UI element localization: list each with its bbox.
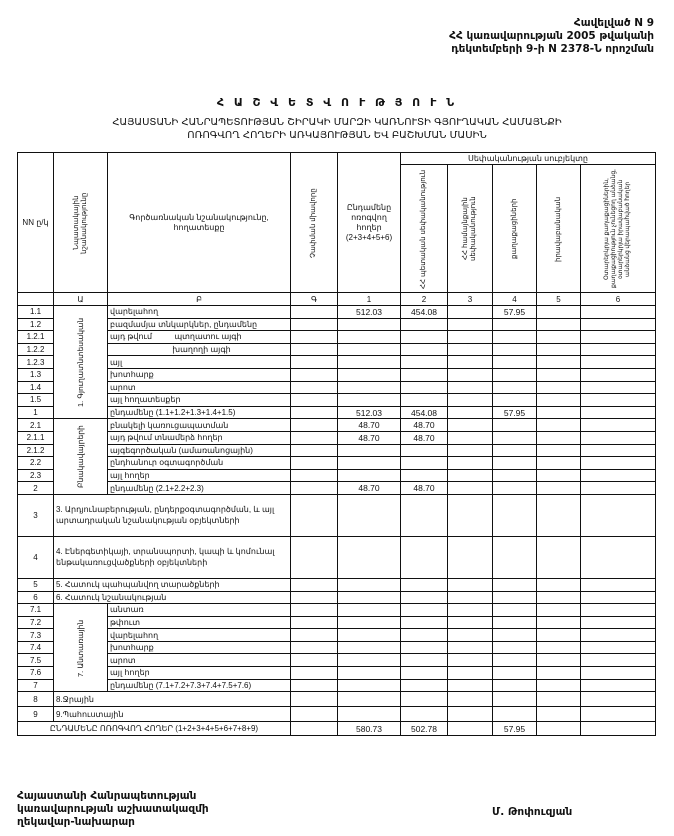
cell-c5 <box>537 381 581 394</box>
cell-c3 <box>448 343 493 356</box>
cell-unit <box>291 381 338 394</box>
row-number: 7 <box>18 679 54 692</box>
cell-c3 <box>448 692 493 707</box>
cell-c2 <box>401 469 448 482</box>
cell-unit <box>291 356 338 369</box>
cell-c3 <box>448 536 493 578</box>
index-cell: Ա <box>54 293 108 306</box>
cell-c2 <box>401 591 448 604</box>
cell-unit <box>291 604 338 617</box>
cell-c5 <box>537 318 581 331</box>
row-description: այլ հողեր <box>108 469 291 482</box>
table-row: 2.2ընդհանուր օգտագործման <box>18 457 656 470</box>
cell-total: 48.70 <box>338 419 401 432</box>
row-description: խոտհարք <box>108 641 291 654</box>
cell-c6 <box>581 431 656 444</box>
row-number: 7.3 <box>18 629 54 642</box>
cell-c5 <box>537 722 581 736</box>
row-description: 4. Էներգետիկայի, տրանսպորտի, կապի և կոմո… <box>54 536 291 578</box>
cell-c4 <box>493 444 537 457</box>
header-ownership-group: Սեփականության սուբյեկտը <box>401 153 656 165</box>
cell-c2 <box>401 604 448 617</box>
row-description: այդ թվում պտղատու այգի <box>108 331 291 344</box>
row-description: այլ հողատեսքեր <box>108 394 291 407</box>
cell-c6 <box>581 419 656 432</box>
row-number: 1.2.1 <box>18 331 54 344</box>
table-row: 44. Էներգետիկայի, տրանսպորտի, կապի և կոմ… <box>18 536 656 578</box>
cell-c3 <box>448 616 493 629</box>
cell-c4 <box>493 394 537 407</box>
row-number: 2.2 <box>18 457 54 470</box>
table-row: 1.11. Գյուղատնտեսականվարելահող512.03454.… <box>18 306 656 319</box>
table-row: 2.1.2այգեգործական (ամառանոցային) <box>18 444 656 457</box>
cell-c6 <box>581 482 656 495</box>
cell-total <box>338 629 401 642</box>
header-citizens: քաղաքացիների <box>493 165 537 293</box>
cell-total <box>338 381 401 394</box>
cell-total <box>338 591 401 604</box>
cell-c4 <box>493 604 537 617</box>
cell-c4: 57.95 <box>493 406 537 419</box>
cell-c3 <box>448 431 493 444</box>
row-description: վարելահող <box>108 306 291 319</box>
row-description: բնակելի կառուցապատման <box>108 419 291 432</box>
cell-c4 <box>493 692 537 707</box>
cell-unit <box>291 406 338 419</box>
cell-c2 <box>401 629 448 642</box>
cell-c3 <box>448 356 493 369</box>
index-cell: 5 <box>537 293 581 306</box>
cell-unit <box>291 394 338 407</box>
cell-c3 <box>448 318 493 331</box>
cell-c4 <box>493 381 537 394</box>
cell-c5 <box>537 679 581 692</box>
table-row: 55. Հատուկ պահպանվող տարածքների <box>18 578 656 591</box>
table-row: 66. Հատուկ նշանակության <box>18 591 656 604</box>
row-number: 7.2 <box>18 616 54 629</box>
cell-total <box>338 394 401 407</box>
cell-unit <box>291 419 338 432</box>
cell-total: 48.70 <box>338 482 401 495</box>
cell-c4 <box>493 469 537 482</box>
row-number: 1.5 <box>18 394 54 407</box>
annex-decree-date: դեկտեմբերի 9-ի N 2378-Ն որոշման <box>394 43 654 56</box>
row-description: անտառ <box>108 604 291 617</box>
cell-c6 <box>581 629 656 642</box>
table-row: 7.3վարելահող <box>18 629 656 642</box>
signatory-title: Հայաստանի Հանրապետության կառավարության ա… <box>17 790 209 829</box>
cell-unit <box>291 306 338 319</box>
subtitle-line-1: ՀԱՅԱՍՏԱՆԻ ՀԱՆՐԱՊԵՏՈՒԹՅԱՆ ՇԻՐԱԿԻ ՄԱՐԶԻ ԿԱ… <box>0 116 674 129</box>
table-row: 2.1Բնակավայրերիբնակելի կառուցապատման48.7… <box>18 419 656 432</box>
cell-total <box>338 457 401 470</box>
cell-c6 <box>581 494 656 536</box>
cell-unit <box>291 494 338 536</box>
index-cell: 4 <box>493 293 537 306</box>
cell-c4 <box>493 368 537 381</box>
index-cell: 3 <box>448 293 493 306</box>
cell-c2 <box>401 654 448 667</box>
table-row: 1ընդամենը (1.1+1.2+1.3+1.4+1.5)512.03454… <box>18 406 656 419</box>
cell-c2 <box>401 578 448 591</box>
cell-c5 <box>537 419 581 432</box>
cell-c3 <box>448 457 493 470</box>
cell-c6 <box>581 306 656 319</box>
subtitle-line-2: ՈՌՈԳՎՈՂ ՀՈՂԵՐԻ ԱՌԿԱՅՈՒԹՅԱՆ ԵՎ ԲԱՇԽՄԱՆ ՄԱ… <box>0 129 674 142</box>
header-legal-entities: իրավաբանական <box>537 165 581 293</box>
cell-unit <box>291 667 338 680</box>
cell-c2: 48.70 <box>401 482 448 495</box>
cell-total <box>338 604 401 617</box>
cell-c4 <box>493 591 537 604</box>
cell-c5 <box>537 331 581 344</box>
cell-c2 <box>401 536 448 578</box>
table-row: 1.3խոտհարք <box>18 368 656 381</box>
cell-total <box>338 679 401 692</box>
cell-c3 <box>448 722 493 736</box>
row-number: 7.6 <box>18 667 54 680</box>
cell-c3 <box>448 679 493 692</box>
cell-unit <box>291 629 338 642</box>
cell-c6 <box>581 394 656 407</box>
cell-c5 <box>537 368 581 381</box>
table-row: 1.4արոտ <box>18 381 656 394</box>
cell-c4: 57.95 <box>493 306 537 319</box>
cell-c2 <box>401 641 448 654</box>
table-row: 88.Ջրային <box>18 692 656 707</box>
cell-c4 <box>493 707 537 722</box>
cell-c3 <box>448 469 493 482</box>
table-row: 1.5այլ հողատեսքեր <box>18 394 656 407</box>
table-row: 7.4խոտհարք <box>18 641 656 654</box>
cell-total <box>338 444 401 457</box>
cell-unit <box>291 641 338 654</box>
cell-c5 <box>537 692 581 707</box>
cell-c3 <box>448 306 493 319</box>
cell-unit <box>291 536 338 578</box>
group-label: 1. Գյուղատնտեսական <box>54 306 108 419</box>
document-title: Հ Ա Շ Վ Ե Տ Վ Ո Ւ Թ Յ Ո Ւ Ն <box>0 96 674 109</box>
cell-total <box>338 318 401 331</box>
cell-c5 <box>537 641 581 654</box>
header-category: Նպատակային նշանակությունը <box>54 153 108 293</box>
cell-c6 <box>581 331 656 344</box>
cell-total: 512.03 <box>338 406 401 419</box>
cell-c2: 48.70 <box>401 419 448 432</box>
cell-total <box>338 536 401 578</box>
cell-c5 <box>537 616 581 629</box>
cell-c4 <box>493 494 537 536</box>
row-description: բազմամյա տնկարկներ, ընդամենը <box>108 318 291 331</box>
cell-c3 <box>448 494 493 536</box>
row-number: 1 <box>18 406 54 419</box>
cell-unit <box>291 368 338 381</box>
cell-c6 <box>581 604 656 617</box>
cell-c3 <box>448 444 493 457</box>
cell-c6 <box>581 356 656 369</box>
cell-c2 <box>401 343 448 356</box>
cell-total <box>338 707 401 722</box>
cell-total <box>338 641 401 654</box>
cell-c6 <box>581 667 656 680</box>
row-number: 7.4 <box>18 641 54 654</box>
cell-c6 <box>581 707 656 722</box>
cell-c4 <box>493 331 537 344</box>
cell-c4 <box>493 629 537 642</box>
group-label: 7. Անտառային <box>54 604 108 692</box>
row-number: 2.1.1 <box>18 431 54 444</box>
cell-unit <box>291 578 338 591</box>
cell-c6 <box>581 591 656 604</box>
row-number: 1.2.3 <box>18 356 54 369</box>
cell-c2: 48.70 <box>401 431 448 444</box>
header-description: Գործառնական նշանակությունը, հողատեսքը <box>108 153 291 293</box>
row-number: 2.1 <box>18 419 54 432</box>
cell-unit <box>291 343 338 356</box>
table-row: 2ընդամենը (2.1+2.2+2.3)48.7048.70 <box>18 482 656 495</box>
row-number: 1.3 <box>18 368 54 381</box>
cell-c6 <box>581 318 656 331</box>
row-number: 2 <box>18 482 54 495</box>
cell-c4 <box>493 356 537 369</box>
index-cell: Բ <box>108 293 291 306</box>
cell-c4 <box>493 457 537 470</box>
cell-unit <box>291 591 338 604</box>
cell-unit <box>291 679 338 692</box>
signatory-line-3: ղեկավար-նախարար <box>17 816 209 829</box>
annex-decree-line: ՀՀ կառավարության 2005 թվականի <box>394 30 654 43</box>
row-description: այլ <box>108 356 291 369</box>
row-description: խաղողի այգի <box>108 343 291 356</box>
annex-reference: Հավելված N 9 ՀՀ կառավարության 2005 թվակա… <box>394 17 654 56</box>
cell-unit <box>291 616 338 629</box>
cell-total <box>338 494 401 536</box>
index-cell <box>18 293 54 306</box>
cell-c6 <box>581 722 656 736</box>
cell-c2 <box>401 356 448 369</box>
cell-c3 <box>448 406 493 419</box>
row-number: 4 <box>18 536 54 578</box>
cell-total: 512.03 <box>338 306 401 319</box>
cell-c2 <box>401 444 448 457</box>
header-community-owned: ՀՀ համայնքային սեփականություն <box>448 165 493 293</box>
row-description: այլ հողեր <box>108 667 291 680</box>
cell-c2: 502.78 <box>401 722 448 736</box>
row-description: խոտհարք <box>108 368 291 381</box>
cell-unit <box>291 654 338 667</box>
cell-c5 <box>537 457 581 470</box>
cell-c6 <box>581 368 656 381</box>
cell-c3 <box>448 604 493 617</box>
cell-c4 <box>493 343 537 356</box>
row-number: 7.1 <box>18 604 54 617</box>
cell-c2 <box>401 368 448 381</box>
header-unit: Չափման միավորը <box>291 153 338 293</box>
cell-c5 <box>537 707 581 722</box>
cell-c5 <box>537 394 581 407</box>
cell-c6 <box>581 654 656 667</box>
cell-c5 <box>537 482 581 495</box>
table-row: 1.2.1այդ թվում պտղատու այգի <box>18 331 656 344</box>
grand-total-label: ԸՆԴԱՄԵՆԸ ՈՌՈԳՎՈՂ ՀՈՂԵՐ (1+2+3+4+5+6+7+8+… <box>18 722 291 736</box>
cell-c6 <box>581 616 656 629</box>
cell-c5 <box>537 591 581 604</box>
row-description: արոտ <box>108 654 291 667</box>
cell-c4 <box>493 482 537 495</box>
row-description: ընդհանուր օգտագործման <box>108 457 291 470</box>
table-row: 7.6այլ հողեր <box>18 667 656 680</box>
cell-c4 <box>493 318 537 331</box>
cell-unit <box>291 431 338 444</box>
table-row: 7ընդամենը (7.1+7.2+7.3+7.4+7.5+7.6) <box>18 679 656 692</box>
cell-total: 48.70 <box>338 431 401 444</box>
header-total: Ընդամենը ոռոգվող հողեր (2+3+4+5+6) <box>338 153 401 293</box>
cell-total: 580.73 <box>338 722 401 736</box>
cell-c2: 454.08 <box>401 306 448 319</box>
row-number: 2.1.2 <box>18 444 54 457</box>
index-cell: 1 <box>338 293 401 306</box>
cell-total <box>338 616 401 629</box>
cell-total <box>338 667 401 680</box>
cell-c5 <box>537 536 581 578</box>
cell-c2 <box>401 494 448 536</box>
cell-c2 <box>401 318 448 331</box>
header-foreign: Օտարերկրյա քաղաքացիներին, քաղաքացիությու… <box>581 165 656 293</box>
cell-c6 <box>581 679 656 692</box>
row-description: վարելահող <box>108 629 291 642</box>
row-number: 9 <box>18 707 54 722</box>
cell-c5 <box>537 343 581 356</box>
cell-c6 <box>581 578 656 591</box>
cell-total <box>338 578 401 591</box>
cell-c2 <box>401 679 448 692</box>
cell-c5 <box>537 406 581 419</box>
table-row: 7.17. Անտառայինանտառ <box>18 604 656 617</box>
cell-c6 <box>581 406 656 419</box>
signatory-line-2: կառավարության աշխատակազմի <box>17 803 209 816</box>
row-description: այգեգործական (ամառանոցային) <box>108 444 291 457</box>
table-row: 99.Պահուստային <box>18 707 656 722</box>
cell-total <box>338 331 401 344</box>
cell-unit <box>291 469 338 482</box>
row-number: 7.5 <box>18 654 54 667</box>
table-row: 1.2.3այլ <box>18 356 656 369</box>
cell-c5 <box>537 578 581 591</box>
cell-total <box>338 343 401 356</box>
cell-c3 <box>448 381 493 394</box>
cell-c5 <box>537 494 581 536</box>
cell-unit <box>291 457 338 470</box>
cell-c3 <box>448 331 493 344</box>
cell-c6 <box>581 536 656 578</box>
cell-c4 <box>493 419 537 432</box>
row-number: 1.4 <box>18 381 54 394</box>
row-number: 6 <box>18 591 54 604</box>
cell-unit <box>291 707 338 722</box>
cell-c2 <box>401 667 448 680</box>
row-number: 1.2.2 <box>18 343 54 356</box>
row-description: 3. Արդյունաբերության, ընդերքօգտագործման,… <box>54 494 291 536</box>
row-number: 1.1 <box>18 306 54 319</box>
table-row: 33. Արդյունաբերության, ընդերքօգտագործման… <box>18 494 656 536</box>
cell-c5 <box>537 356 581 369</box>
cell-c6 <box>581 692 656 707</box>
table-row: 7.5արոտ <box>18 654 656 667</box>
cell-unit <box>291 692 338 707</box>
row-number: 5 <box>18 578 54 591</box>
cell-c6 <box>581 457 656 470</box>
grand-total-row: ԸՆԴԱՄԵՆԸ ՈՌՈԳՎՈՂ ՀՈՂԵՐ (1+2+3+4+5+6+7+8+… <box>18 722 656 736</box>
table-row: 1.2.2 խաղողի այգի <box>18 343 656 356</box>
cell-c4 <box>493 578 537 591</box>
table-row: 7.2թփուտ <box>18 616 656 629</box>
cell-total <box>338 368 401 381</box>
cell-c4 <box>493 654 537 667</box>
cell-unit <box>291 318 338 331</box>
header-nn: NN ը/կ <box>18 153 54 293</box>
cell-total <box>338 654 401 667</box>
cell-c4 <box>493 616 537 629</box>
group-label: Բնակավայրերի <box>54 419 108 495</box>
index-cell: 6 <box>581 293 656 306</box>
row-description: 6. Հատուկ նշանակության <box>54 591 291 604</box>
cell-c2 <box>401 381 448 394</box>
cell-c4 <box>493 431 537 444</box>
cell-unit <box>291 444 338 457</box>
cell-c3 <box>448 591 493 604</box>
cell-c5 <box>537 306 581 319</box>
cell-c5 <box>537 444 581 457</box>
cell-c3 <box>448 707 493 722</box>
cell-c2 <box>401 616 448 629</box>
cell-c3 <box>448 641 493 654</box>
table-row: 2.3այլ հողեր <box>18 469 656 482</box>
cell-unit <box>291 482 338 495</box>
cell-unit <box>291 331 338 344</box>
cell-c3 <box>448 667 493 680</box>
column-index-row: ԱԲԳ123456 <box>18 293 656 306</box>
row-description: ընդամենը (2.1+2.2+2.3) <box>108 482 291 495</box>
cell-c6 <box>581 381 656 394</box>
row-description: ընդամենը (7.1+7.2+7.3+7.4+7.5+7.6) <box>108 679 291 692</box>
cell-c5 <box>537 431 581 444</box>
cell-c3 <box>448 394 493 407</box>
cell-c5 <box>537 469 581 482</box>
cell-total <box>338 356 401 369</box>
row-description: թփուտ <box>108 616 291 629</box>
signatory-line-1: Հայաստանի Հանրապետության <box>17 790 209 803</box>
cell-c4 <box>493 667 537 680</box>
row-description: 9.Պահուստային <box>54 707 291 722</box>
cell-c3 <box>448 578 493 591</box>
cell-c2 <box>401 331 448 344</box>
annex-number: Հավելված N 9 <box>394 17 654 30</box>
cell-c4 <box>493 536 537 578</box>
index-cell: Գ <box>291 293 338 306</box>
document-subtitle: ՀԱՅԱՍՏԱՆԻ ՀԱՆՐԱՊԵՏՈՒԹՅԱՆ ՇԻՐԱԿԻ ՄԱՐԶԻ ԿԱ… <box>0 116 674 142</box>
cell-c4 <box>493 679 537 692</box>
table-row: 2.1.1այդ թվում տնամերձ հողեր48.7048.70 <box>18 431 656 444</box>
row-description: 8.Ջրային <box>54 692 291 707</box>
cell-c5 <box>537 604 581 617</box>
cell-c4: 57.95 <box>493 722 537 736</box>
cell-total <box>338 692 401 707</box>
cell-c3 <box>448 654 493 667</box>
table-row: 1.2բազմամյա տնկարկներ, ընդամենը <box>18 318 656 331</box>
row-number: 3 <box>18 494 54 536</box>
index-cell: 2 <box>401 293 448 306</box>
row-description: այդ թվում տնամերձ հողեր <box>108 431 291 444</box>
